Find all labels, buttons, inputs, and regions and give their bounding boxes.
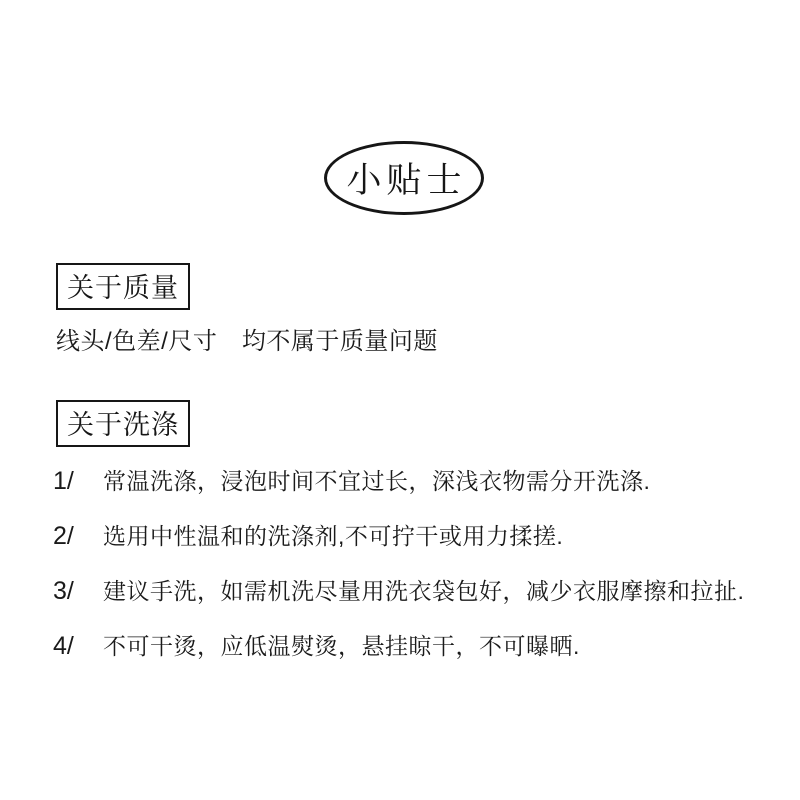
instruction-number: 4/ xyxy=(53,634,103,659)
quality-note: 线头/色差/尺寸 均不属于质量问题 xyxy=(56,330,438,354)
instruction-text: 选用中性温和的洗涤剂,不可拧干或用力揉搓. xyxy=(103,524,563,549)
section-heading-quality: 关于质量 xyxy=(56,263,190,310)
section-heading-washing: 关于洗涤 xyxy=(56,400,190,447)
instruction-number: 1/ xyxy=(53,469,103,494)
washing-instruction-row: 1/ 常温洗涤，浸泡时间不宜过长，深浅衣物需分开洗涤. xyxy=(53,469,650,494)
washing-instruction-row: 3/ 建议手洗，如需机洗尽量用洗衣袋包好，减少衣服摩擦和拉扯. xyxy=(53,579,744,604)
instruction-number: 3/ xyxy=(53,579,103,604)
tips-title-ellipse: 小贴士 xyxy=(324,141,484,215)
instruction-text: 不可干烫，应低温熨烫，悬挂晾干，不可曝晒. xyxy=(103,634,580,659)
instruction-number: 2/ xyxy=(53,524,103,549)
washing-instruction-row: 2/ 选用中性温和的洗涤剂,不可拧干或用力揉搓. xyxy=(53,524,563,549)
instruction-text: 建议手洗，如需机洗尽量用洗衣袋包好，减少衣服摩擦和拉扯. xyxy=(103,579,744,604)
page-title: 小贴士 xyxy=(341,153,466,203)
instruction-text: 常温洗涤，浸泡时间不宜过长，深浅衣物需分开洗涤. xyxy=(103,469,650,494)
care-tips-page: 小贴士 关于质量 线头/色差/尺寸 均不属于质量问题 关于洗涤 1/ 常温洗涤，… xyxy=(0,0,800,800)
washing-instruction-row: 4/ 不可干烫，应低温熨烫，悬挂晾干，不可曝晒. xyxy=(53,634,580,659)
